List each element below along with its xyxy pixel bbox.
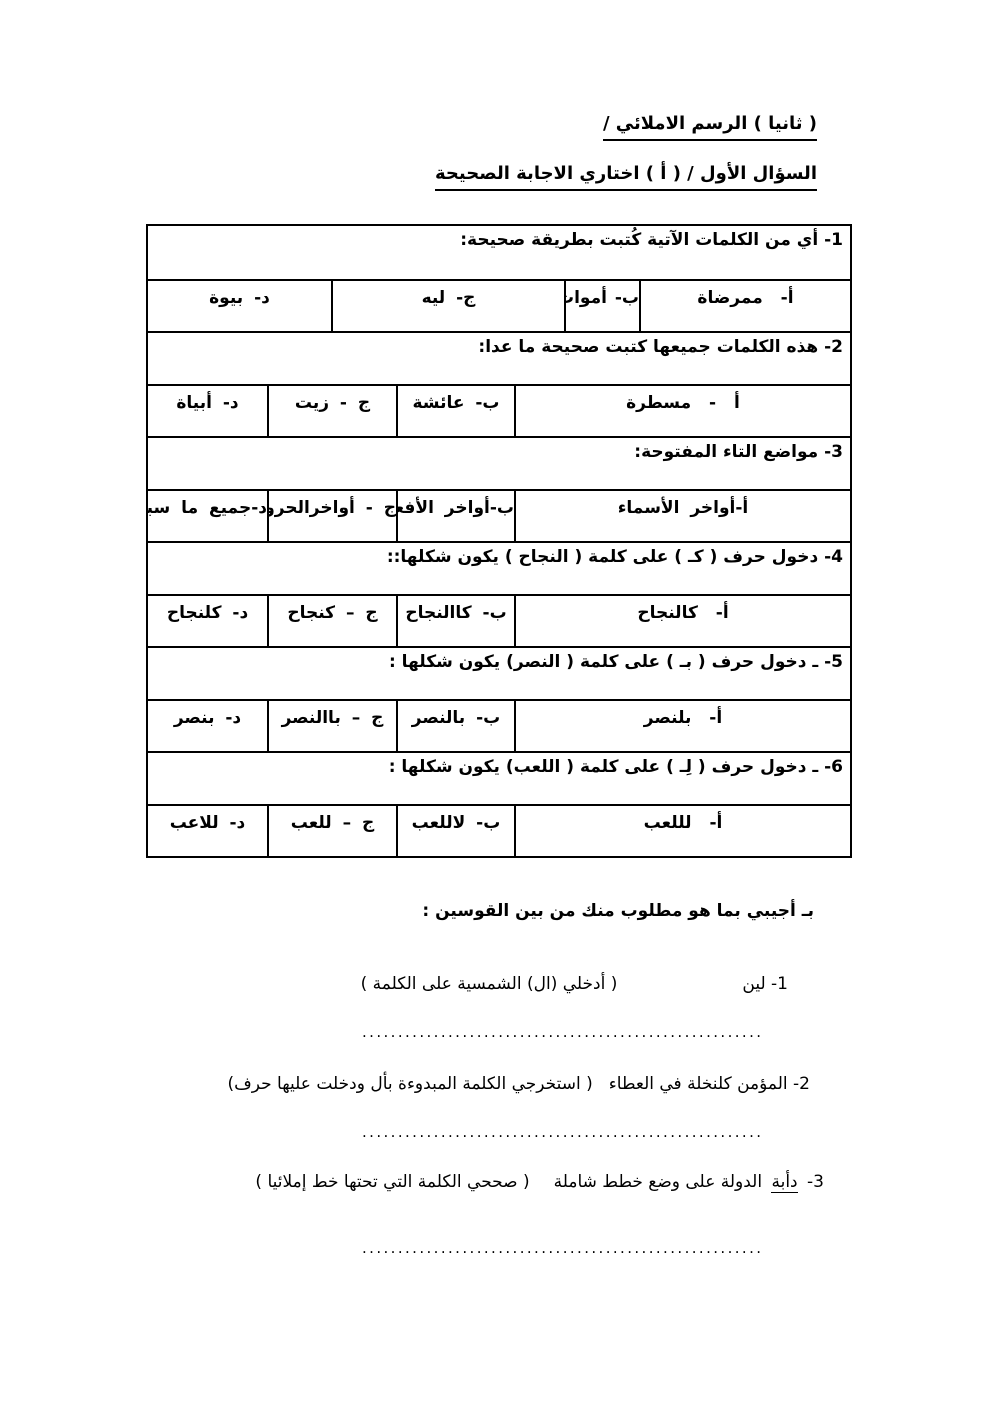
question-block-2: 2- هذه الكلمات جميعها كتبت صحيحة ما عدا:… — [148, 331, 850, 436]
options-row: أ - مسطرة ب- عائشة ج - زيت د- أبياة — [148, 384, 850, 436]
question-one-heading: السؤال الأول / ( أ ) اختاري الاجابة الصح… — [146, 162, 817, 191]
answer-line-3: ........................................… — [362, 1239, 762, 1259]
item-3-number: 3- — [807, 1172, 824, 1192]
multiple-choice-table: 1- أي من الكلمات الآتية كُتبت بطريقة صحي… — [146, 224, 852, 858]
section-title-text: ( ثانيا ) الرسم الاملائي / — [603, 112, 817, 141]
question-one-heading-text: السؤال الأول / ( أ ) اختاري الاجابة الصح… — [435, 162, 817, 191]
option-b: ب- عائشة — [398, 386, 516, 436]
item-1-word: 1- لين — [742, 971, 788, 997]
option-c: ج – كنجاح — [269, 596, 398, 646]
answer-line-1: ........................................… — [362, 1023, 762, 1043]
item-1-instruction: ( أدخلي (ال) الشمسية على الكلمة ) — [361, 971, 618, 997]
item-3-instruction: ( صححي الكلمة التي تحتها خط إملائيا ) — [255, 1169, 529, 1195]
part-b-heading: بـ أجيبي بما هو مطلوب منك من بين القوسين… — [146, 898, 852, 924]
question-block-5: 5- ـ دخول حرف ( بـ ) على كلمة ( النصر) ي… — [148, 646, 850, 751]
option-a: أ- بلنصر — [516, 701, 850, 751]
answer-line-2: ........................................… — [362, 1123, 762, 1143]
options-row: أ-أواخر الأسماء ب-أواخر الأفعال ج - أواخ… — [148, 489, 850, 541]
item-3-underlined-word: دأبة — [771, 1172, 797, 1193]
option-a: أ - مسطرة — [516, 386, 850, 436]
worksheet-page: ( ثانيا ) الرسم الاملائي / السؤال الأول … — [0, 0, 992, 1403]
item-3-rest: الدولة على وضع خطط شاملة — [554, 1172, 762, 1192]
option-d: د- أبياة — [148, 386, 269, 436]
option-d: د-جميع ما سبق — [148, 491, 269, 541]
option-c: ج- ليه — [333, 281, 566, 331]
part-b-item-2: 2- المؤمن كلنخلة في العطاء ( استخرجي الك… — [146, 1071, 852, 1097]
part-b-item-1: 1- لين ( أدخلي (ال) الشمسية على الكلمة ) — [146, 971, 852, 997]
option-b: ب- لاللعب — [398, 806, 516, 856]
question-text: 3- مواضع التاء المفتوحة: — [148, 436, 850, 489]
question-text: 1- أي من الكلمات الآتية كُتبت بطريقة صحي… — [148, 226, 850, 279]
option-a: أ- لللعب — [516, 806, 850, 856]
option-b: ب-أواخر الأفعال — [398, 491, 516, 541]
options-row: أ- كالنجاح ب- كاالنجاح ج – كنجاح د- كلنج… — [148, 594, 850, 646]
option-c: ج - أواخرالحروف — [269, 491, 398, 541]
option-d: د- بيوة — [148, 281, 333, 331]
item-3-sentence: 3- دأبة الدولة على وضع خطط شاملة — [554, 1169, 824, 1195]
question-block-1: 1- أي من الكلمات الآتية كُتبت بطريقة صحي… — [148, 226, 850, 331]
item-2-instruction: ( استخرجي الكلمة المبدوءة بأل ودخلت عليه… — [227, 1071, 592, 1097]
option-c: ج – للعب — [269, 806, 398, 856]
options-row: أ- لللعب ب- لاللعب ج – للعب د- للاعب — [148, 804, 850, 856]
question-block-4: 4- دخول حرف ( كـ ) على كلمة ( النجاح ) ي… — [148, 541, 850, 646]
option-b: ب- بالنصر — [398, 701, 516, 751]
question-block-6: 6- ـ دخول حرف ( لِـ ) على كلمة ( اللعب) … — [148, 751, 850, 856]
question-text: 6- ـ دخول حرف ( لِـ ) على كلمة ( اللعب) … — [148, 751, 850, 804]
option-c: ج – باالنصر — [269, 701, 398, 751]
options-row: أ- بلنصر ب- بالنصر ج – باالنصر د- بنصر — [148, 699, 850, 751]
option-a: أ-أواخر الأسماء — [516, 491, 850, 541]
option-d: د- كلنجاح — [148, 596, 269, 646]
page-content: ( ثانيا ) الرسم الاملائي / السؤال الأول … — [146, 0, 852, 1259]
option-b: ب- كاالنجاح — [398, 596, 516, 646]
question-text: 2- هذه الكلمات جميعها كتبت صحيحة ما عدا: — [148, 331, 850, 384]
option-d: د- بنصر — [148, 701, 269, 751]
option-b: ب- أموات — [566, 281, 641, 331]
item-2-sentence: 2- المؤمن كلنخلة في العطاء — [609, 1071, 810, 1097]
option-a: أ- ممرضاة — [641, 281, 850, 331]
option-a: أ- كالنجاح — [516, 596, 850, 646]
question-text: 4- دخول حرف ( كـ ) على كلمة ( النجاح ) ي… — [148, 541, 850, 594]
section-title: ( ثانيا ) الرسم الاملائي / — [146, 0, 817, 141]
question-block-3: 3- مواضع التاء المفتوحة: أ-أواخر الأسماء… — [148, 436, 850, 541]
part-b-item-3: 3- دأبة الدولة على وضع خطط شاملة ( صححي … — [146, 1169, 852, 1195]
options-row: أ- ممرضاة ب- أموات ج- ليه د- بيوة — [148, 279, 850, 331]
option-c: ج - زيت — [269, 386, 398, 436]
option-d: د- للاعب — [148, 806, 269, 856]
question-text: 5- ـ دخول حرف ( بـ ) على كلمة ( النصر) ي… — [148, 646, 850, 699]
